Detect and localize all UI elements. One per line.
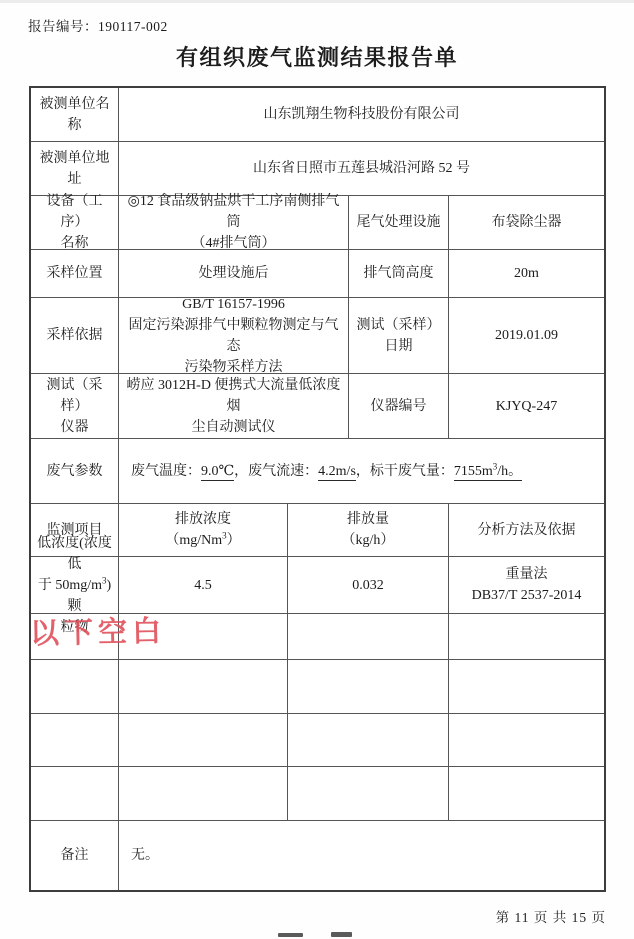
empty-cell — [449, 767, 604, 820]
gas-temp-label: 废气温度： — [131, 464, 201, 479]
table-row-result: 低浓度(浓度低 于 50mg/m3)颗 粒物 4.5 0.032 重量法 DB3… — [31, 557, 604, 614]
treatment-facility-value: 布袋除尘器 — [449, 196, 604, 249]
report-number-label: 报告编号： — [28, 19, 98, 34]
page-title: 有组织废气监测结果报告单 — [0, 41, 634, 72]
instrument-value: 崂应 3012H-D 便携式大流量低浓度烟 尘自动测试仪 — [119, 374, 349, 438]
remark-label: 备注 — [31, 821, 119, 890]
empty-cell — [31, 660, 119, 713]
table-row-empty — [31, 714, 604, 767]
test-date-label: 测试（采样） 日期 — [349, 298, 449, 373]
empty-cell — [288, 767, 449, 820]
blank-below-stamp: 以下空白 — [30, 609, 167, 653]
report-table: 被测单位名称 山东凯翔生物科技股份有限公司 被测单位地址 山东省日照市五莲县城沿… — [29, 86, 606, 892]
empty-cell — [288, 714, 449, 766]
remark-value: 无。 — [119, 821, 604, 890]
concentration-unit-post: ） — [227, 533, 241, 548]
instrument-no-label: 仪器编号 — [349, 374, 449, 438]
empty-cell — [31, 767, 119, 820]
table-row-equipment: 设备（工序） 名称 ◎12 食品级钠盐烘干工序南侧排气筒 （4#排气筒） 尾气处… — [31, 196, 604, 250]
table-row-empty — [31, 660, 604, 714]
empty-cell — [449, 660, 604, 713]
empty-cell — [31, 714, 119, 766]
empty-cell — [288, 614, 449, 659]
scanned-report-page: 报告编号：190117-002 有组织废气监测结果报告单 被测单位名称 山东凯翔… — [0, 0, 634, 939]
result-rate-value: 0.032 — [288, 557, 449, 613]
treatment-facility-label: 尾气处理设施 — [349, 196, 449, 249]
stack-height-value: 20m — [449, 250, 604, 297]
analysis-method-header: 分析方法及依据 — [449, 504, 604, 556]
table-row-instrument: 测试（采样） 仪器 崂应 3012H-D 便携式大流量低浓度烟 尘自动测试仪 仪… — [31, 374, 604, 439]
concentration-unit-pre: （mg/Nm — [165, 533, 222, 548]
report-number: 报告编号：190117-002 — [28, 15, 168, 35]
gas-params-text: 废气温度：9.0℃，废气流速：4.2m/s，标干废气量：7155m3/h。 — [131, 461, 522, 482]
empty-cell — [119, 767, 288, 820]
gas-velocity-value: 4.2m/s — [318, 464, 356, 481]
table-row-monitor-header: 监测项目 排放浓度 （mg/Nm3） 排放量 （kg/h） 分析方法及依据 — [31, 504, 604, 557]
gas-params-value: 废气温度：9.0℃，废气流速：4.2m/s，标干废气量：7155m3/h。 — [119, 439, 604, 503]
table-row-empty — [31, 767, 604, 821]
stack-height-label: 排气筒高度 — [349, 250, 449, 297]
scan-artifact-mark — [278, 933, 303, 937]
gas-velocity-label: ，废气流速： — [234, 464, 318, 479]
result-concentration-value: 4.5 — [119, 557, 288, 613]
gas-volume-value-unit: /h。 — [497, 464, 522, 479]
sampling-basis-value: GB/T 16157-1996 固定污染源排气中颗粒物测定与气态 污染物采样方法 — [119, 298, 349, 373]
equipment-value: ◎12 食品级钠盐烘干工序南侧排气筒 （4#排气筒） — [119, 196, 349, 249]
empty-cell — [288, 660, 449, 713]
gas-volume-label: ，标干废气量： — [356, 464, 454, 479]
gas-volume-value: 7155m3/h。 — [454, 464, 522, 481]
unit-name-value: 山东凯翔生物科技股份有限公司 — [119, 88, 604, 141]
empty-cell — [449, 714, 604, 766]
report-number-value: 190117-002 — [98, 19, 168, 34]
gas-volume-value-num: 7155m — [454, 464, 493, 479]
empty-cell — [119, 660, 288, 713]
empty-cell — [119, 714, 288, 766]
table-row-gas-params: 废气参数 废气温度：9.0℃，废气流速：4.2m/s，标干废气量：7155m3/… — [31, 439, 604, 504]
unit-address-label: 被测单位地址 — [31, 142, 119, 195]
table-row-sampling-position: 采样位置 处理设施后 排气筒高度 20m — [31, 250, 604, 298]
instrument-label: 测试（采样） 仪器 — [31, 374, 119, 438]
concentration-header-unit: （mg/Nm3） — [165, 530, 240, 551]
table-row-unit-name: 被测单位名称 山东凯翔生物科技股份有限公司 — [31, 88, 604, 142]
concentration-header-title: 排放浓度 — [175, 509, 231, 530]
equipment-label: 设备（工序） 名称 — [31, 196, 119, 249]
sampling-position-value: 处理设施后 — [119, 250, 349, 297]
page-number-footer: 第 11 页 共 15 页 — [496, 906, 606, 926]
test-date-value: 2019.01.09 — [449, 298, 604, 373]
unit-name-label: 被测单位名称 — [31, 88, 119, 141]
table-row-sampling-basis: 采样依据 GB/T 16157-1996 固定污染源排气中颗粒物测定与气态 污染… — [31, 298, 604, 374]
sampling-position-label: 采样位置 — [31, 250, 119, 297]
table-row-unit-address: 被测单位地址 山东省日照市五莲县城沿河路 52 号 — [31, 142, 604, 196]
empty-cell — [449, 614, 604, 659]
concentration-header: 排放浓度 （mg/Nm3） — [119, 504, 288, 556]
scan-artifact-mark — [331, 932, 352, 937]
result-item-pre: 低浓度(浓度低 于 50mg/m — [37, 536, 112, 593]
gas-temp-value: 9.0℃ — [201, 464, 234, 481]
emission-rate-header: 排放量 （kg/h） — [288, 504, 449, 556]
instrument-no-value: KJYQ-247 — [449, 374, 604, 438]
scan-edge-artifact — [0, 0, 634, 3]
table-row-remark: 备注 无。 — [31, 821, 604, 890]
unit-address-value: 山东省日照市五莲县城沿河路 52 号 — [119, 142, 604, 195]
result-method-value: 重量法 DB37/T 2537-2014 — [449, 557, 604, 613]
result-item-cell: 低浓度(浓度低 于 50mg/m3)颗 粒物 — [31, 557, 119, 613]
sampling-basis-label: 采样依据 — [31, 298, 119, 373]
gas-params-label: 废气参数 — [31, 439, 119, 503]
